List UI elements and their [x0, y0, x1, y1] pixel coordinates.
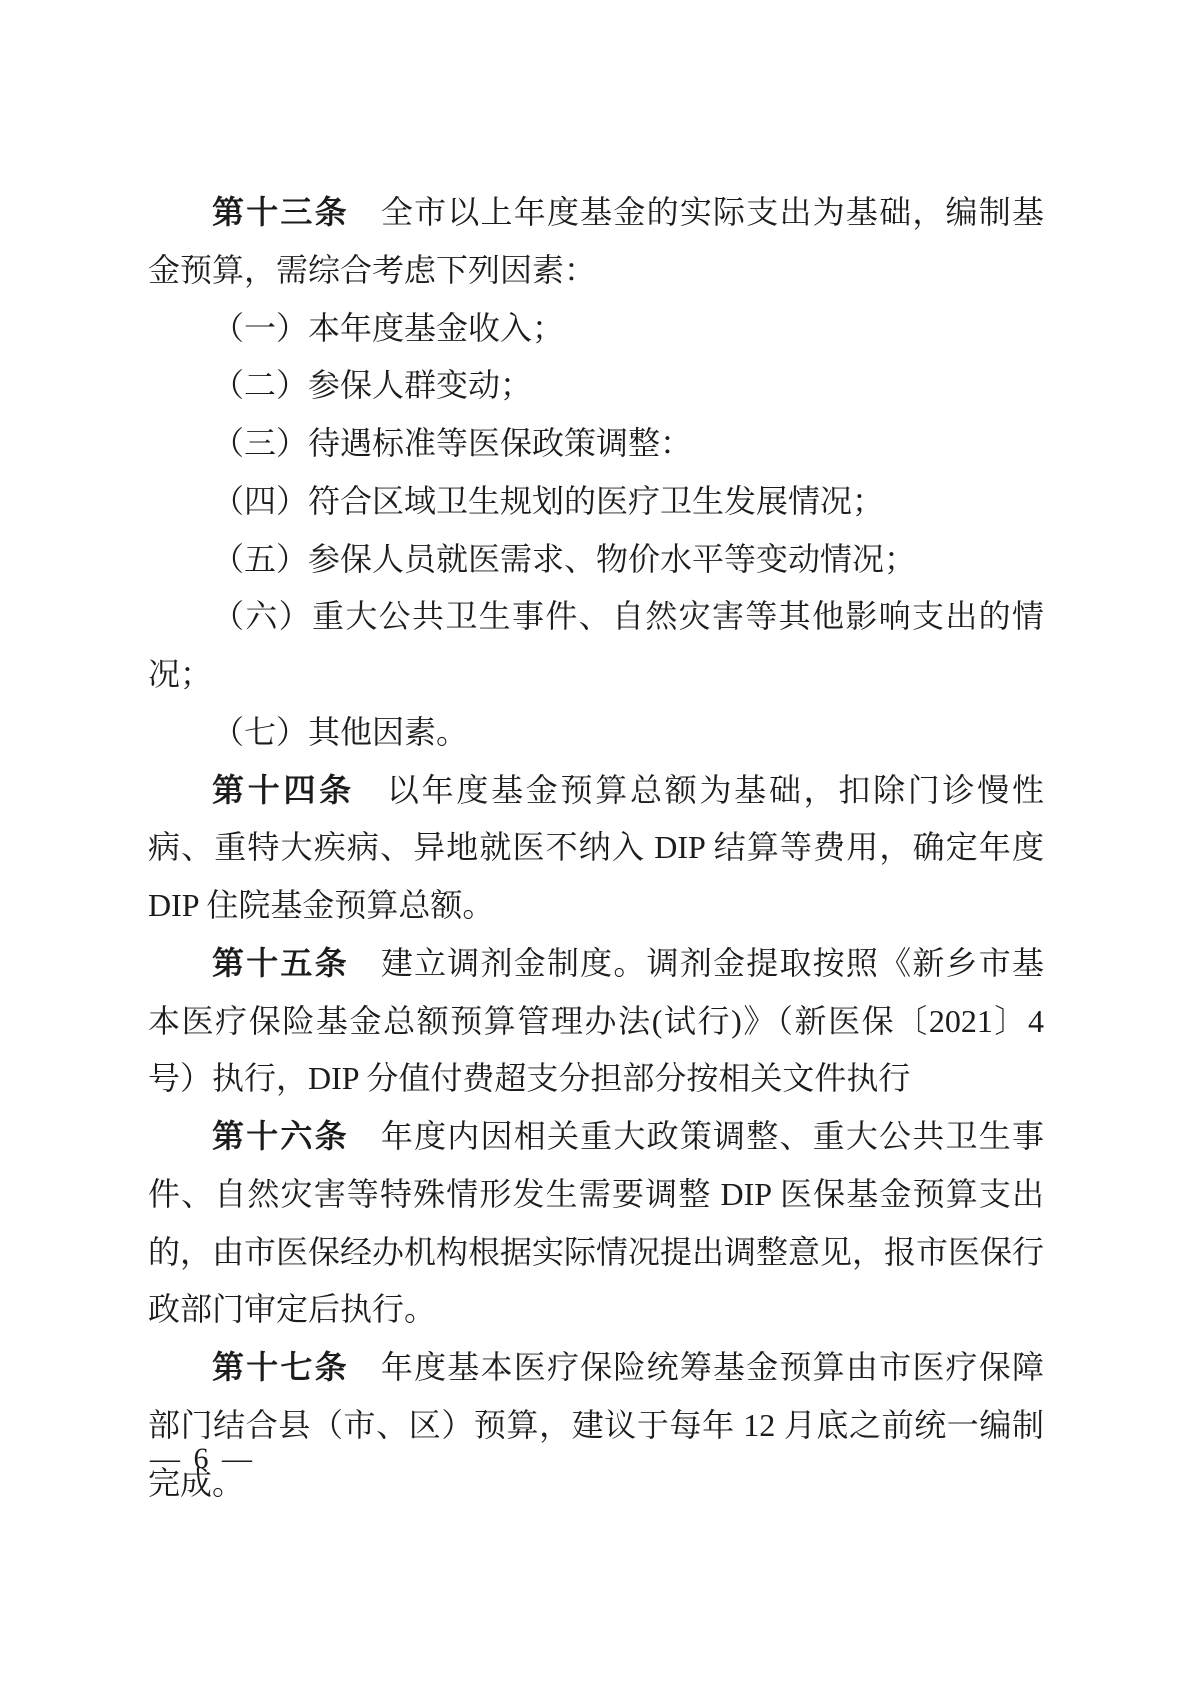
- list-item-7-text: （七）其他因素。: [212, 714, 468, 750]
- list-item-6-text: （六）重大公共卫生事件、自然灾害等其他影响支出的情况；: [148, 598, 1044, 692]
- list-item-1-text: （一）本年度基金收入；: [212, 310, 564, 346]
- article-16-number: 第十六条: [212, 1118, 349, 1154]
- list-item-6: （六）重大公共卫生事件、自然灾害等其他影响支出的情况；: [148, 588, 1044, 704]
- list-item-7: （七）其他因素。: [148, 704, 1044, 762]
- article-16-paragraph: 第十六条年度内因相关重大政策调整、重大公共卫生事件、自然灾害等特殊情形发生需要调…: [148, 1108, 1044, 1339]
- article-17-paragraph: 第十七条年度基本医疗保险统筹基金预算由市医疗保障部门结合县（市、区）预算，建议于…: [148, 1339, 1044, 1512]
- article-15-number: 第十五条: [212, 945, 349, 981]
- page-number: — 6 —: [150, 1442, 255, 1475]
- page-footer: — 6 —: [150, 1442, 255, 1476]
- list-item-4: （四）符合区域卫生规划的医疗卫生发展情况；: [148, 473, 1044, 531]
- article-17-number: 第十七条: [212, 1349, 349, 1385]
- list-item-4-text: （四）符合区域卫生规划的医疗卫生发展情况；: [212, 483, 884, 519]
- list-item-3-text: （三）待遇标准等医保政策调整：: [212, 425, 692, 461]
- article-13-paragraph: 第十三条全市以上年度基金的实际支出为基础，编制基金预算，需综合考虑下列因素：: [148, 184, 1044, 300]
- document-body: 第十三条全市以上年度基金的实际支出为基础，编制基金预算，需综合考虑下列因素： （…: [148, 184, 1044, 1512]
- article-15-paragraph: 第十五条建立调剂金制度。调剂金提取按照《新乡市基本医疗保险基金总额预算管理办法(…: [148, 935, 1044, 1108]
- article-13-number: 第十三条: [212, 194, 349, 230]
- list-item-1: （一）本年度基金收入；: [148, 300, 1044, 358]
- list-item-2: （二）参保人群变动；: [148, 357, 1044, 415]
- list-item-3: （三）待遇标准等医保政策调整：: [148, 415, 1044, 473]
- list-item-5: （五）参保人员就医需求、物价水平等变动情况；: [148, 531, 1044, 589]
- list-item-5-text: （五）参保人员就医需求、物价水平等变动情况；: [212, 541, 916, 577]
- list-item-2-text: （二）参保人群变动；: [212, 367, 532, 403]
- article-14-number: 第十四条: [212, 772, 355, 808]
- article-14-paragraph: 第十四条以年度基金预算总额为基础，扣除门诊慢性病、重特大疾病、异地就医不纳入 D…: [148, 762, 1044, 935]
